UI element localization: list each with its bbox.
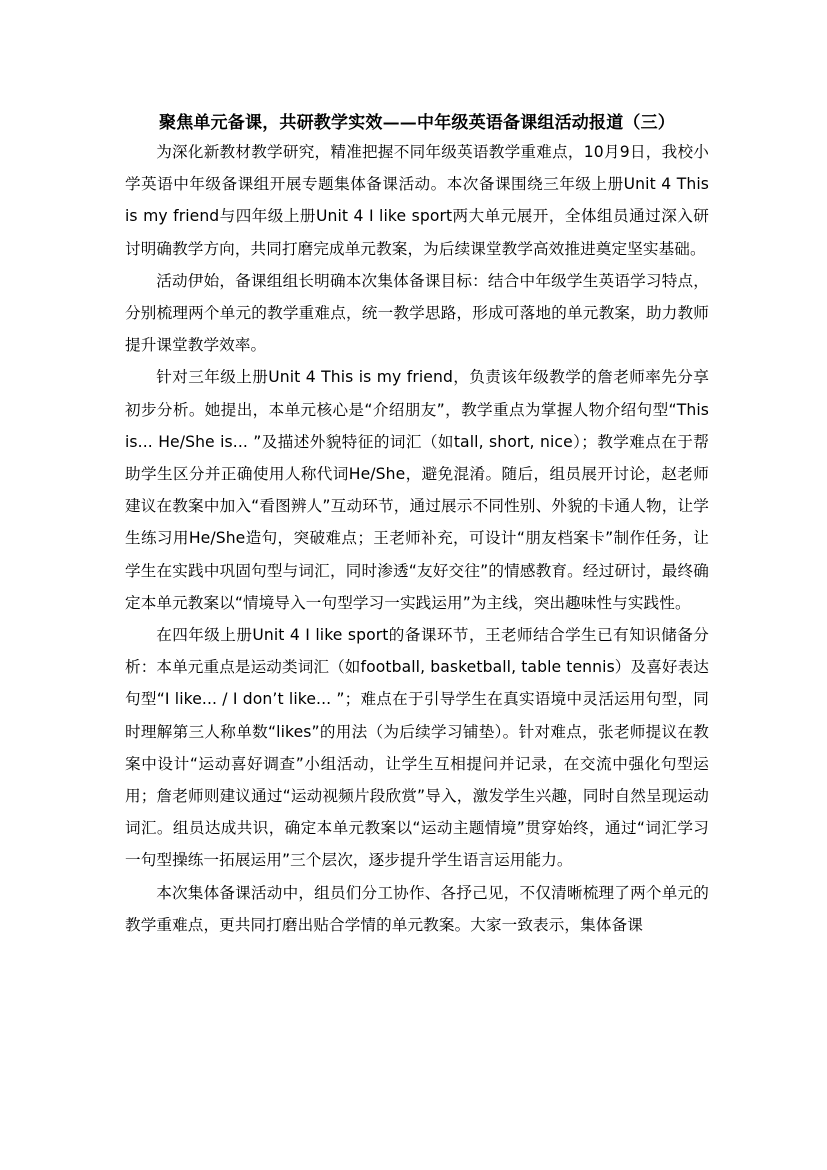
paragraph-grade4-unit4: 在四年级上册Unit 4 I like sport的备课环节，王老师结合学生已有… bbox=[125, 619, 709, 877]
document-page: 聚焦单元备课，共研教学实效——中年级英语备课组活动报道（三） 为深化新教材教学研… bbox=[125, 110, 709, 941]
paragraph-intro: 为深化新教材教学研究，精准把握不同年级英语教学重难点，10月9日，我校小学英语中… bbox=[125, 136, 709, 265]
paragraph-objective: 活动伊始，备课组组长明确本次集体备课目标：结合中年级学生英语学习特点，分别梳理两… bbox=[125, 265, 709, 362]
paragraph-summary: 本次集体备课活动中，组员们分工协作、各抒己见，不仅清晰梳理了两个单元的教学重难点… bbox=[125, 877, 709, 941]
document-title: 聚焦单元备课，共研教学实效——中年级英语备课组活动报道（三） bbox=[125, 110, 709, 136]
paragraph-grade3-unit4: 针对三年级上册Unit 4 This is my friend，负责该年级教学的… bbox=[125, 361, 709, 619]
